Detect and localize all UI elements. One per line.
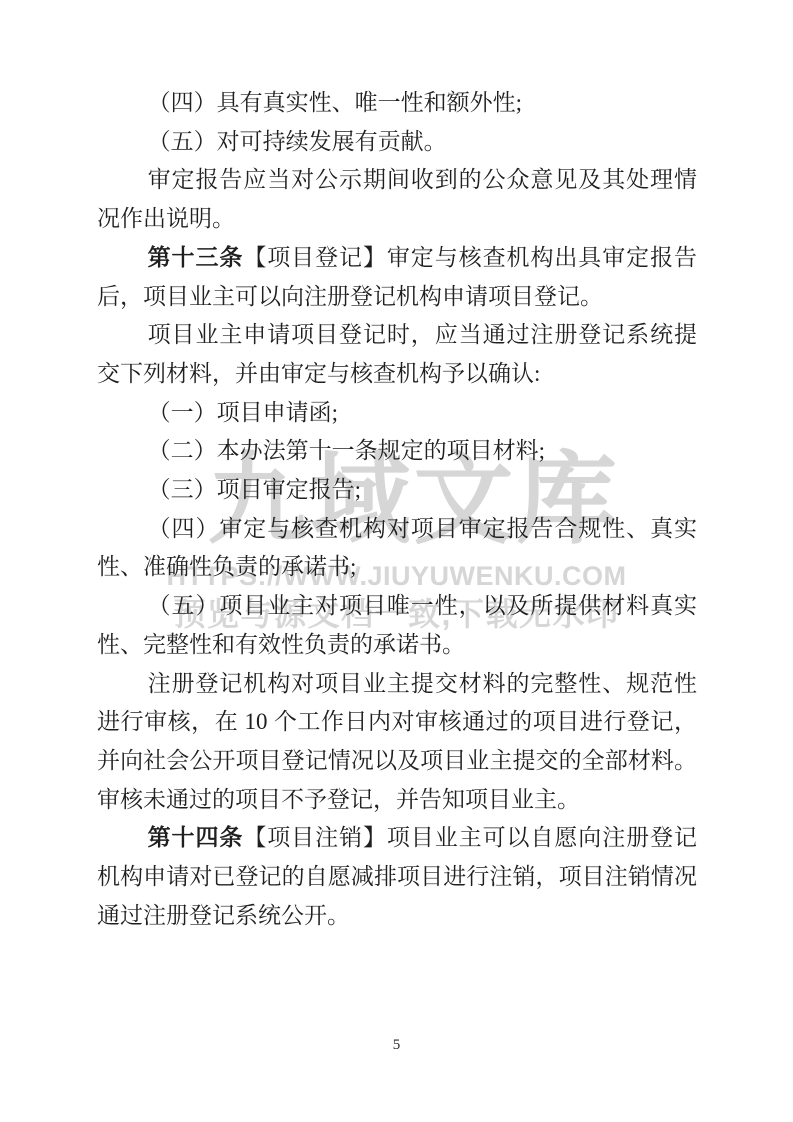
paragraph-run: 注册登记机构对项目业主提交材料的完整性、规范性进行审核，在 10 个工作日内对审… [97, 671, 697, 812]
paragraph: （五）对可持续发展有贡献。 [97, 123, 697, 162]
paragraph: 项目业主申请项目登记时，应当通过注册登记系统提交下列材料，并由审定与核查机构予以… [97, 316, 697, 393]
paragraph: （二）本办法第十一条规定的项目材料; [97, 432, 697, 471]
paragraph-run: 审定报告应当对公示期间收到的公众意见及其处理情况作出说明。 [97, 167, 697, 231]
document-body: （四）具有真实性、唯一性和额外性;（五）对可持续发展有贡献。审定报告应当对公示期… [97, 84, 697, 935]
paragraph: （三）项目审定报告; [97, 471, 697, 510]
paragraph: 第十三条【项目登记】审定与核查机构出具审定报告后，项目业主可以向注册登记机构申请… [97, 239, 697, 316]
paragraph-run: （三）项目审定报告; [148, 477, 361, 502]
page-number: 5 [393, 1037, 401, 1053]
paragraph-run: （二）本办法第十一条规定的项目材料; [148, 438, 545, 463]
paragraph-run: （四）具有真实性、唯一性和额外性; [148, 90, 522, 115]
paragraph: 审定报告应当对公示期间收到的公众意见及其处理情况作出说明。 [97, 161, 697, 238]
paragraph: （四）审定与核查机构对项目审定报告合规性、真实性、准确性负责的承诺书; [97, 510, 697, 587]
paragraph-run: （五）项目业主对项目唯一性，以及所提供材料真实性、完整性和有效性负责的承诺书。 [97, 593, 697, 657]
page-footer: 5 [0, 1036, 793, 1054]
document-page: 九域文库 HTTPS://WWW.JIUYUWENKU.COM 预览与源文档一致… [0, 0, 793, 1122]
paragraph-run: （五）对可持续发展有贡献。 [148, 129, 447, 154]
paragraph-run: 项目业主申请项目登记时，应当通过注册登记系统提交下列材料，并由审定与核查机构予以… [97, 322, 697, 386]
paragraph: （四）具有真实性、唯一性和额外性; [97, 84, 697, 123]
paragraph: （五）项目业主对项目唯一性，以及所提供材料真实性、完整性和有效性负责的承诺书。 [97, 587, 697, 664]
paragraph-run-bold: 第十四条 [148, 825, 244, 850]
paragraph: （一）项目申请函; [97, 394, 697, 433]
paragraph: 注册登记机构对项目业主提交材料的完整性、规范性进行审核，在 10 个工作日内对审… [97, 665, 697, 820]
paragraph-run: （一）项目申请函; [148, 400, 338, 425]
paragraph-run: （四）审定与核查机构对项目审定报告合规性、真实性、准确性负责的承诺书; [97, 516, 697, 580]
paragraph-run-bold: 第十三条 [148, 245, 244, 270]
paragraph: 第十四条【项目注销】项目业主可以自愿向注册登记机构申请对已登记的自愿减排项目进行… [97, 819, 697, 935]
